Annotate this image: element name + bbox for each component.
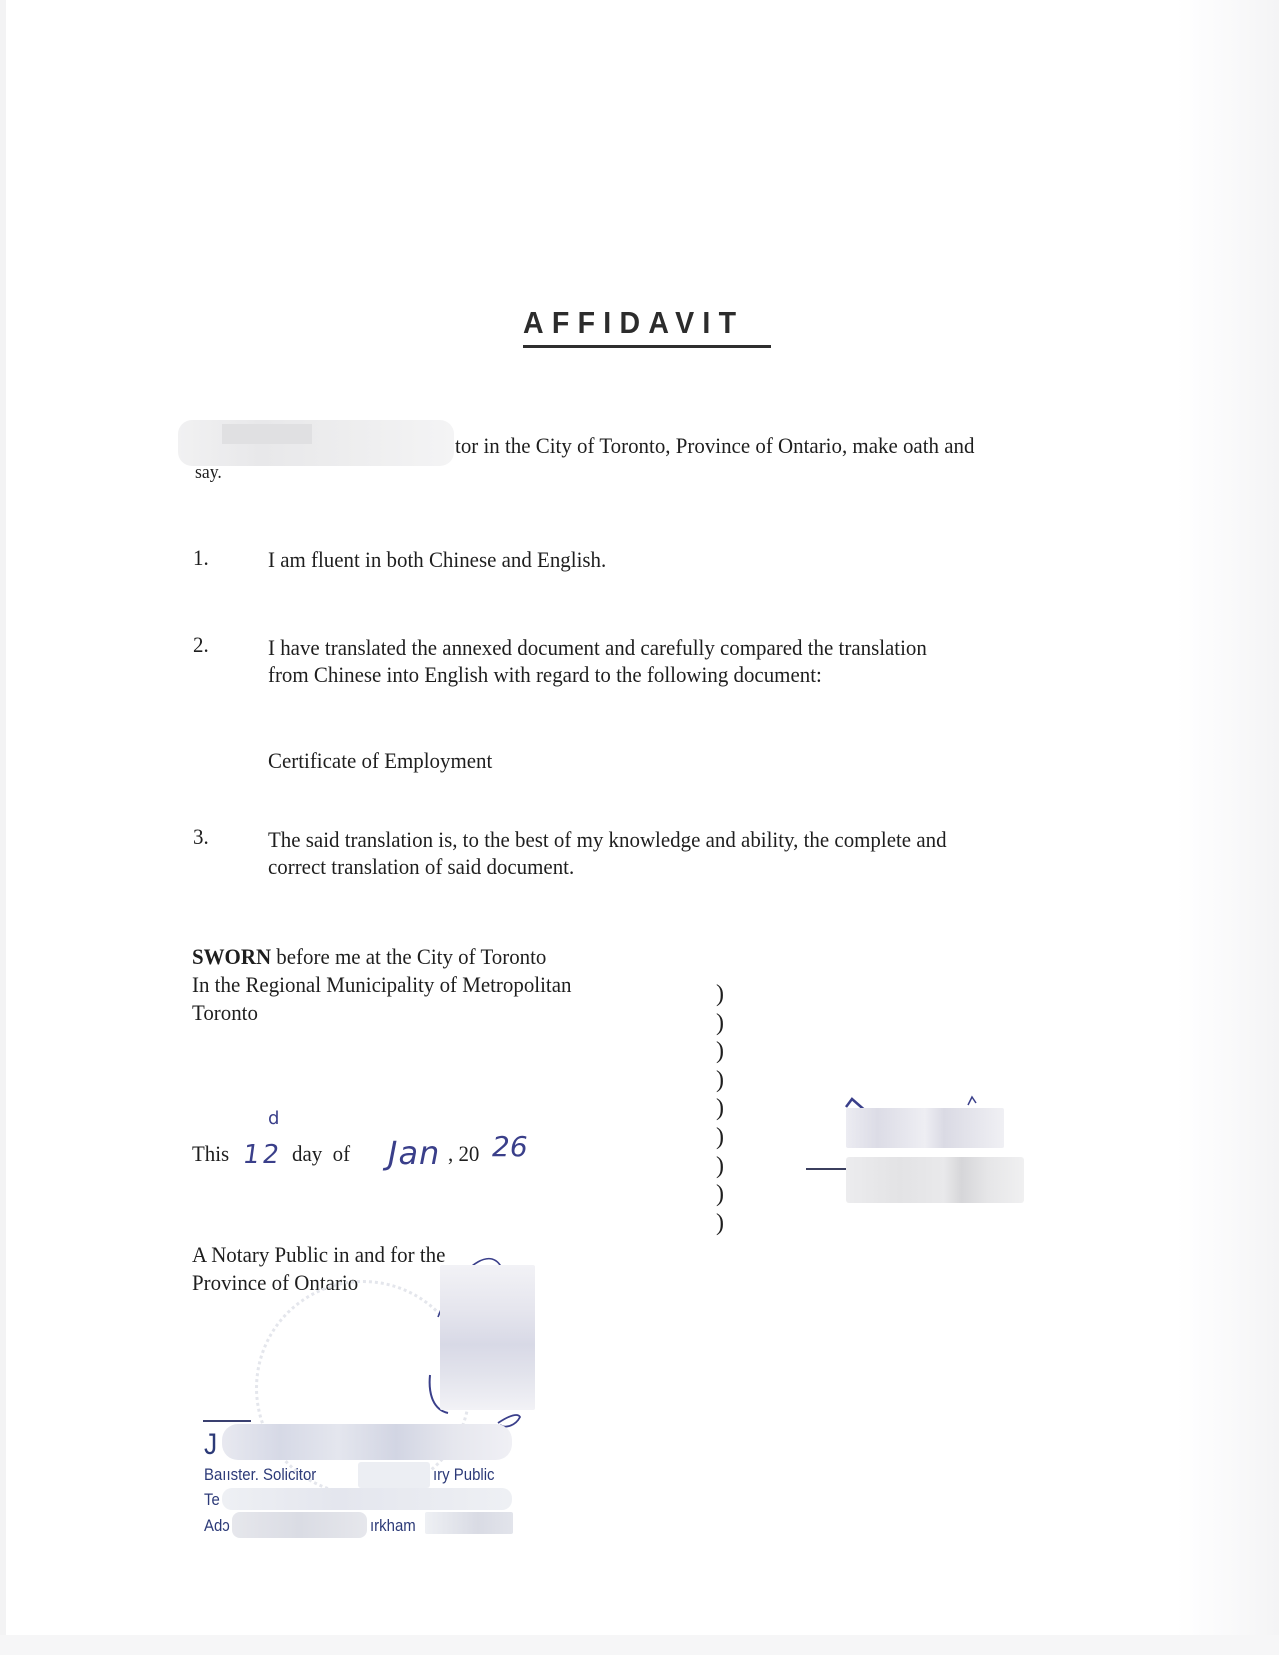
item-3-line-1: The said translation is, to the best of … — [268, 826, 947, 854]
jurat-line-1: SWORN before me at the City of Toronto — [192, 943, 546, 971]
deponent-signature-line — [806, 1168, 851, 1170]
referenced-document: Certificate of Employment — [268, 747, 492, 775]
page-edge-bottom — [0, 1635, 1279, 1655]
item-3-line-2: correct translation of said document. — [268, 853, 574, 881]
redacted-stamp-title-middle — [358, 1462, 430, 1488]
paren: ) — [716, 1152, 724, 1181]
date-day-of: day of — [292, 1140, 350, 1168]
handwritten-month: Jan — [388, 1134, 440, 1172]
redacted-deponent-printed-name — [846, 1157, 1024, 1203]
jurat-line-3: Toronto — [192, 999, 258, 1027]
jurat-line-2: In the Regional Municipality of Metropol… — [192, 971, 571, 999]
handwritten-day-suffix: d — [268, 1108, 279, 1129]
redacted-stamp-address — [232, 1512, 367, 1538]
stamp-address-left: Adɔ — [204, 1516, 230, 1536]
page-edge-right — [1176, 0, 1279, 1655]
handwritten-year: 26 — [492, 1130, 528, 1163]
item-2-line-2: from Chinese into English with regard to… — [268, 661, 822, 689]
parenthesis-column: ) ) ) ) ) ) ) ) ) — [716, 980, 724, 1237]
paren: ) — [716, 1009, 724, 1038]
date-year-printed: , 20 — [448, 1140, 479, 1168]
redacted-notary-name — [222, 1424, 512, 1460]
intro-line-1: tor in the City of Toronto, Province of … — [455, 432, 974, 460]
item-1-number: 1. — [193, 544, 209, 572]
stamp-title-right: ıry Public — [433, 1465, 495, 1485]
redacted-stamp-tel — [222, 1488, 512, 1510]
document-title: AFFIDAVIT — [523, 305, 744, 341]
jurat-sworn-bold: SWORN — [192, 944, 271, 969]
paren: ) — [716, 1180, 724, 1209]
stamp-tel-label: Te — [204, 1490, 220, 1510]
item-1-text: I am fluent in both Chinese and English. — [268, 546, 606, 574]
date-prefix: This — [192, 1140, 229, 1168]
item-3-number: 3. — [193, 823, 209, 851]
paren: ) — [716, 1123, 724, 1152]
jurat-sworn-rest: before me at the City of Toronto — [271, 944, 546, 969]
intro-line-2: say. — [195, 459, 222, 487]
paren: ) — [716, 1094, 724, 1123]
redacted-notary-signature — [440, 1265, 535, 1410]
redacted-deponent-signature — [846, 1108, 1004, 1148]
handwritten-day: 12 — [241, 1140, 284, 1170]
redacted-block-inner — [222, 424, 312, 444]
paren: ) — [716, 980, 724, 1009]
notary-signature-line — [203, 1420, 251, 1422]
item-2-line-1: I have translated the annexed document a… — [268, 634, 927, 662]
paren: ) — [716, 1209, 724, 1238]
stamp-address-right: ırkham — [370, 1516, 416, 1536]
item-2-number: 2. — [193, 631, 209, 659]
stamp-name-initial: J — [204, 1428, 217, 1462]
page-edge-left — [0, 0, 6, 1655]
title-underline — [523, 345, 771, 348]
stamp-title-left: Baııster. Solicitor — [204, 1465, 316, 1485]
redacted-stamp-address-tail — [425, 1512, 513, 1534]
paren: ) — [716, 1037, 724, 1066]
paren: ) — [716, 1066, 724, 1095]
notary-line-1: A Notary Public in and for the — [192, 1241, 445, 1269]
